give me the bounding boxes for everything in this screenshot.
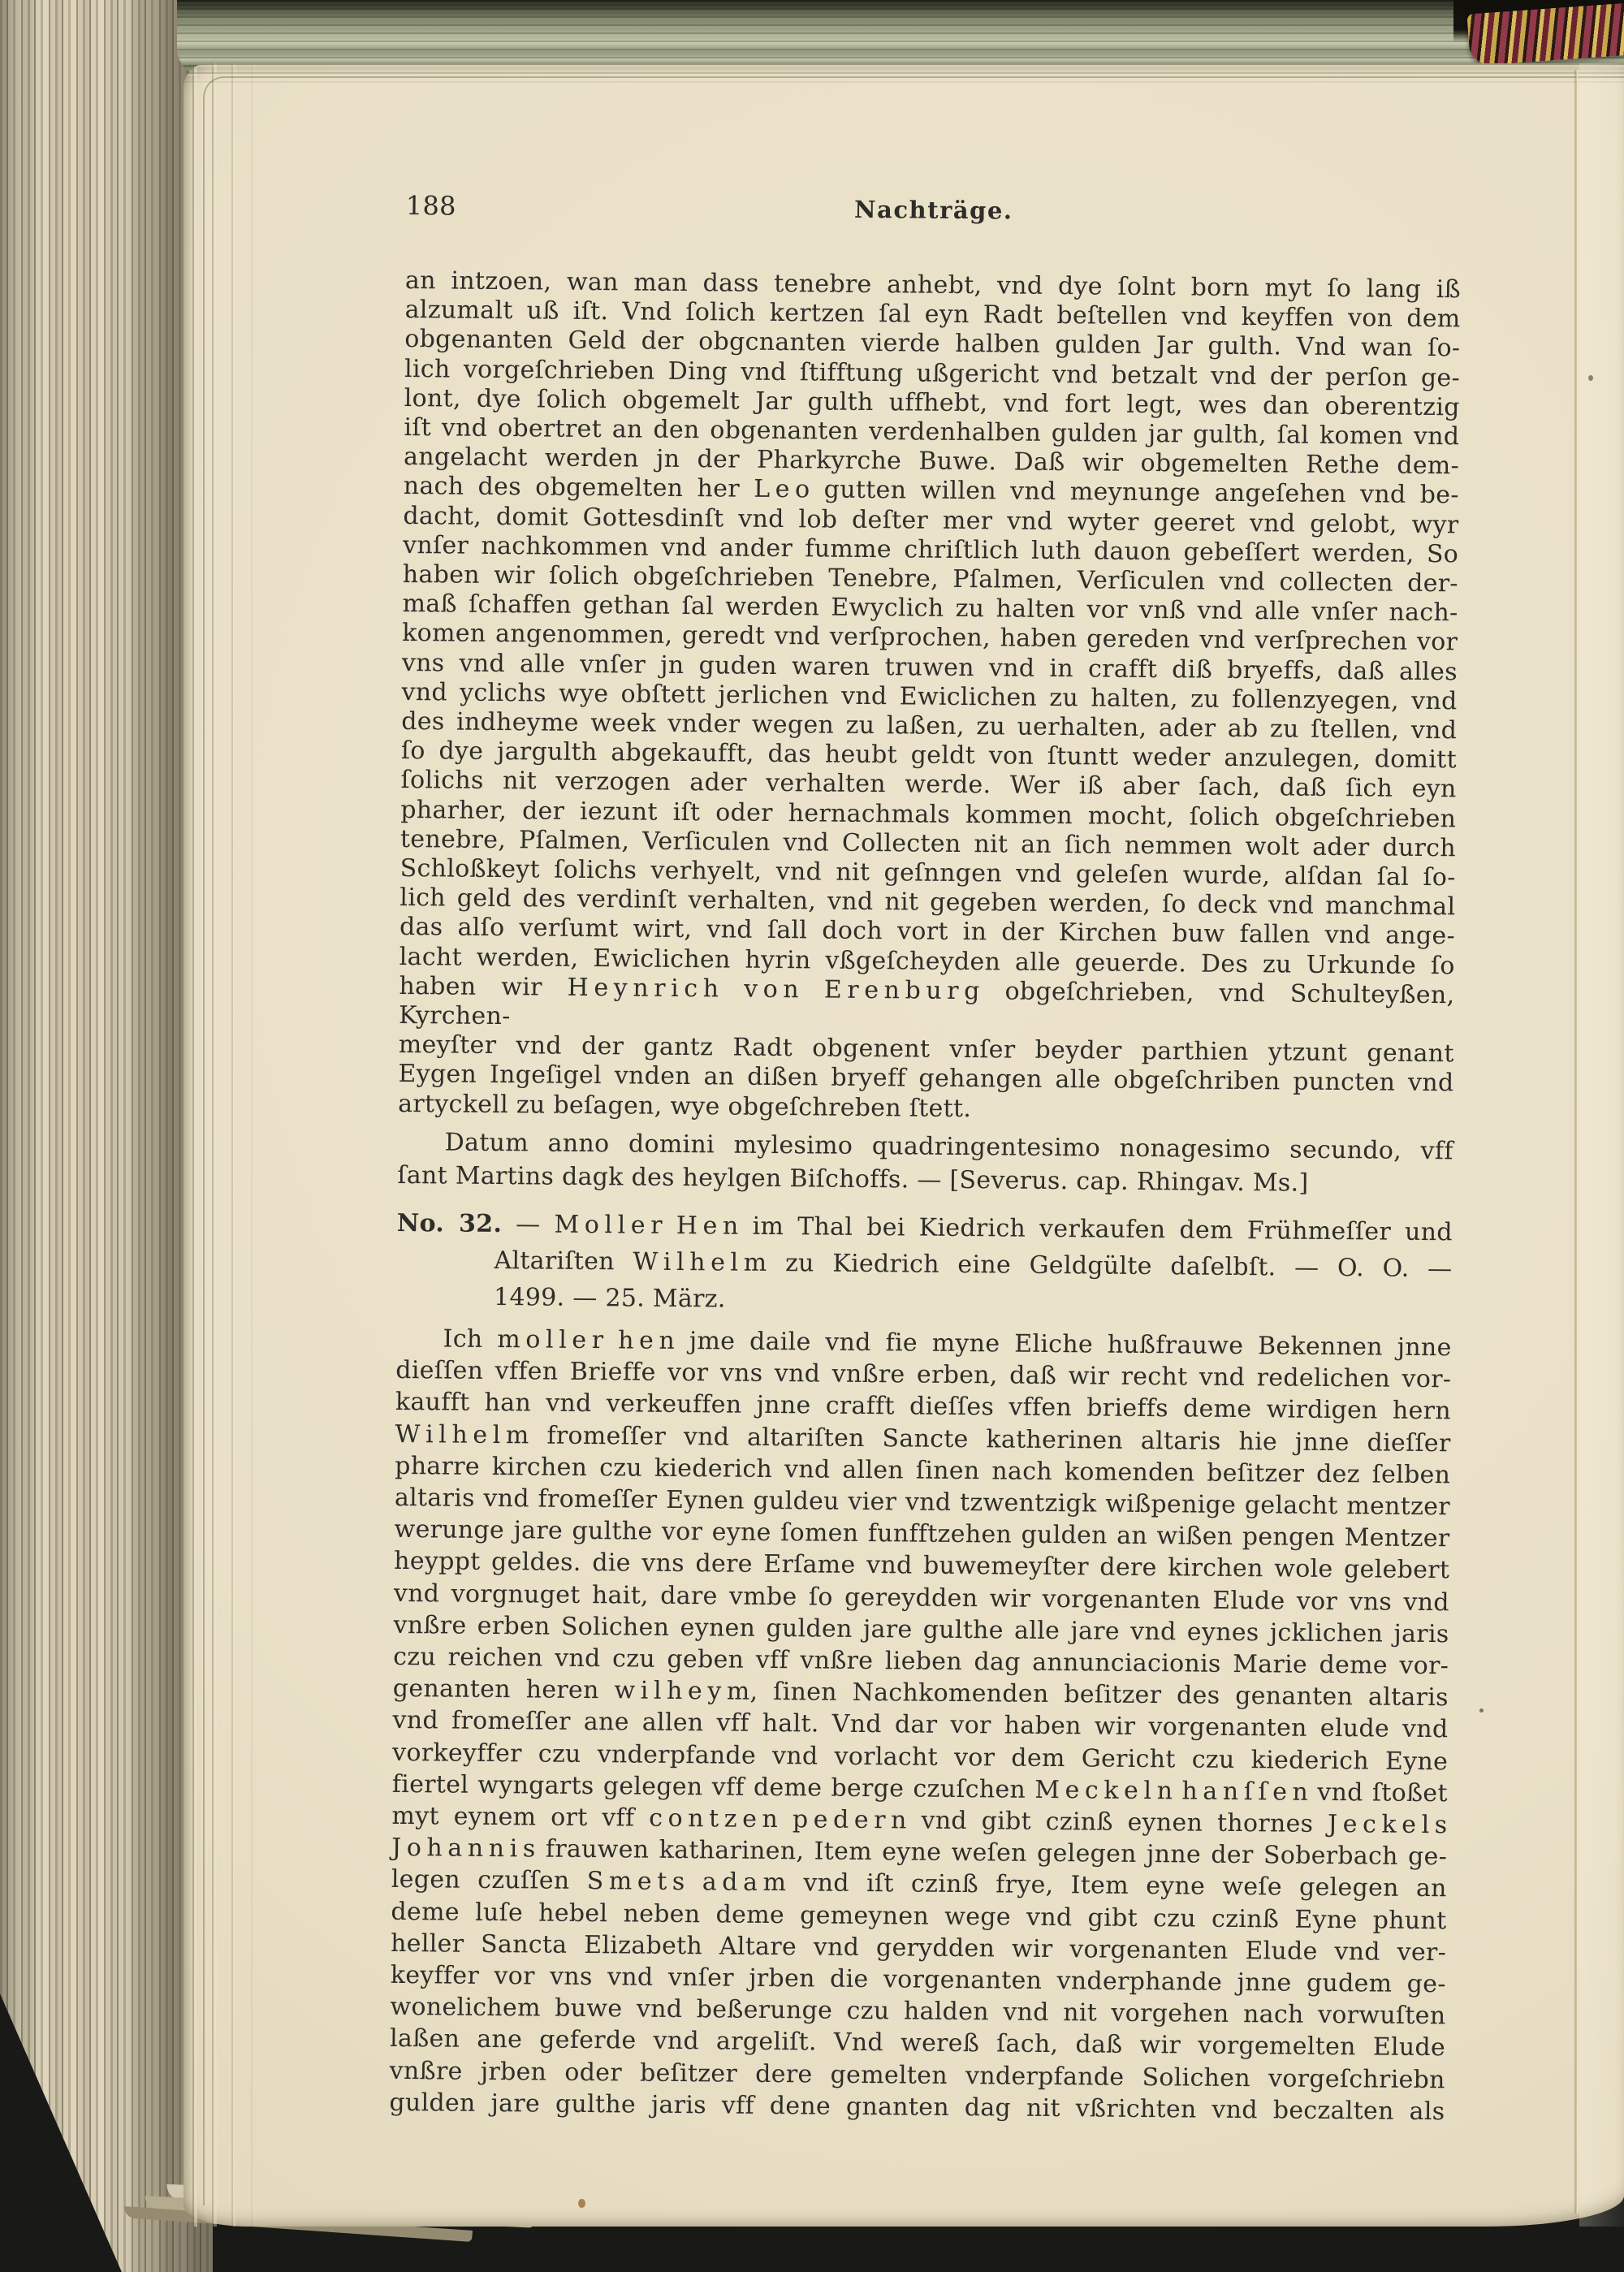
ink-speck xyxy=(1588,375,1593,381)
book-headband xyxy=(1466,3,1624,66)
running-title: Nachträge. xyxy=(406,192,1462,228)
book-photo: 188 Nachträge. an intzoen, wan man dass … xyxy=(0,0,1624,2272)
foxing-spot xyxy=(578,2199,585,2208)
paragraph-continuation: an intzoen, wan man dass tenebre anhebt,… xyxy=(398,266,1461,1128)
paragraph-entry-body: Ich m o l l e r h e n jme daile vnd fie … xyxy=(389,1323,1452,2127)
page-crease xyxy=(1574,70,1579,2214)
text-block: 188 Nachträge. an intzoen, wan man dass … xyxy=(389,188,1462,2127)
entry-number: No. 32. xyxy=(397,1209,503,1238)
entry-heading-wrap-lines: Altariſten W i l h e l m zu Kiedrich ein… xyxy=(396,1242,1453,1324)
left-page-stack-edges xyxy=(0,0,213,2272)
text-line: haben wir H e y n r i c h v o n E r e n … xyxy=(399,972,1455,1040)
paragraph-datum: Datum anno domini mylesimo quadringentes… xyxy=(397,1125,1453,1201)
entry-heading: No. 32. — M o l l e r H e n im Thal bei … xyxy=(396,1205,1453,1324)
gutter-area xyxy=(1579,63,1624,2227)
entry-heading-rest: — M o l l e r H e n im Thal bei Kiedrich… xyxy=(502,1210,1453,1246)
ink-speck xyxy=(1479,1708,1484,1713)
